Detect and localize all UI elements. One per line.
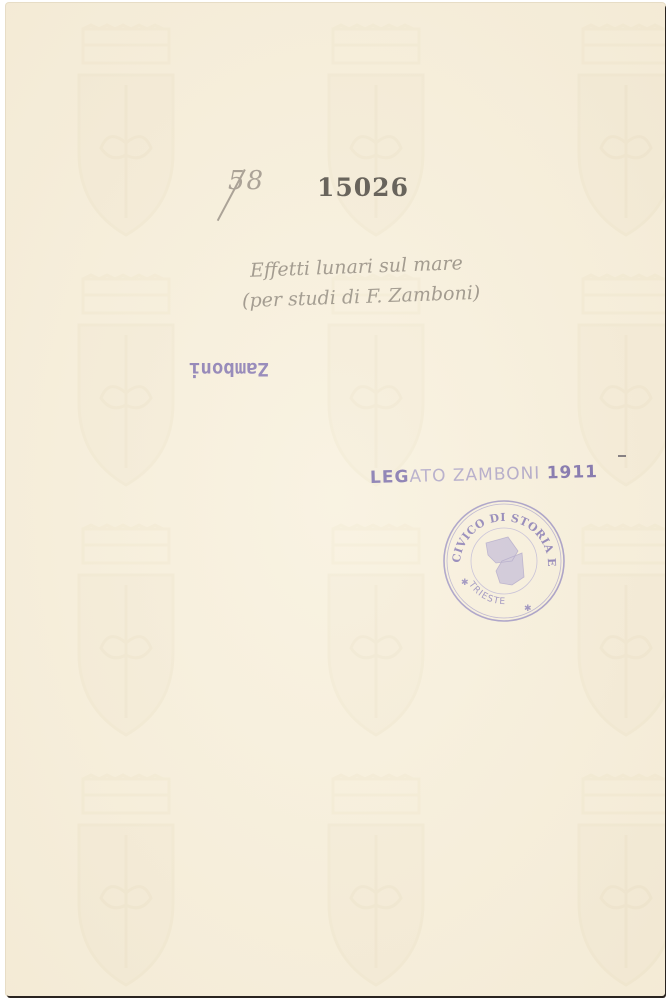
legato-zamboni-stamp: LEGATO ZAMBONI 1911 xyxy=(370,462,598,488)
shield-crown-icon xyxy=(571,523,665,743)
shield-crown-icon xyxy=(71,773,181,993)
seal-bottom-text: TRIESTE xyxy=(466,579,507,607)
shield-crown-icon xyxy=(71,23,181,243)
printed-inventory-number: 15026 xyxy=(317,173,409,202)
mount-card: 58 15026 Effetti lunari sul mare (per st… xyxy=(6,3,665,996)
caption-line-1: Effetti lunari sul mare xyxy=(250,252,463,281)
shield-crown-icon xyxy=(571,773,665,993)
zamboni-name-stamp: Zamboni xyxy=(189,358,269,380)
svg-text:TRIESTE: TRIESTE xyxy=(466,579,507,607)
svg-text:✱: ✱ xyxy=(524,604,532,614)
shield-crown-icon xyxy=(321,773,431,993)
small-dash-mark xyxy=(618,455,626,457)
museum-seal-stamp: MUSEO CIVICO DI STORIA ED ARTE TRIESTE ✱… xyxy=(442,499,566,623)
shield-crown-icon xyxy=(71,523,181,743)
museum-seal-icon: MUSEO CIVICO DI STORIA ED ARTE TRIESTE ✱… xyxy=(442,499,566,623)
svg-text:✱: ✱ xyxy=(461,578,469,588)
legato-stamp-year: 1911 xyxy=(546,462,598,483)
caption-line-2: (per studi di F. Zamboni) xyxy=(242,282,481,312)
legato-stamp-part-2: ATO ZAMBONI xyxy=(409,464,540,487)
watermark-pattern xyxy=(6,3,665,996)
shield-crown-icon xyxy=(321,523,431,743)
legato-stamp-part-1: LEG xyxy=(370,467,410,488)
shield-crown-icon xyxy=(571,23,665,243)
shield-crown-icon xyxy=(571,273,665,493)
shield-crown-icon xyxy=(321,23,431,243)
shield-crown-icon xyxy=(71,273,181,493)
